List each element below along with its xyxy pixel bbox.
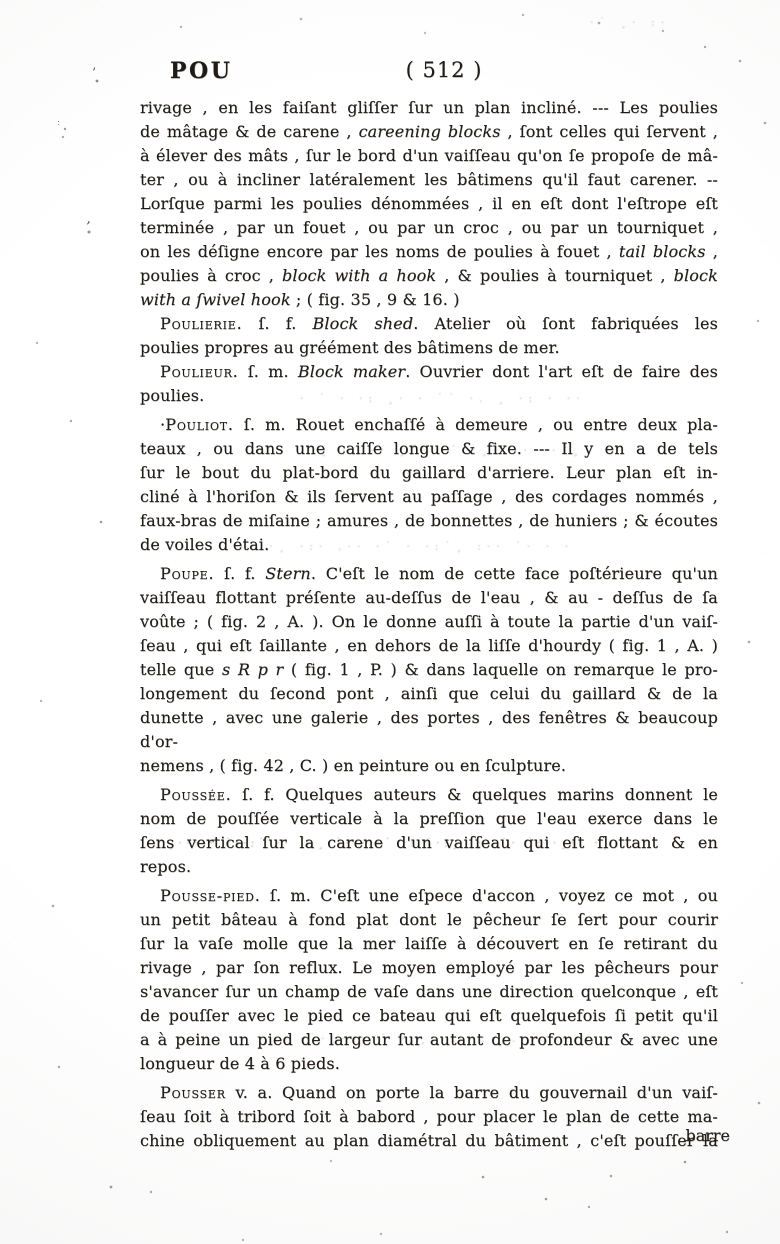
text-line: telle que s R p r ( fig. 1 , P. ) & dans… [140, 658, 718, 682]
scan-artifact: : [57, 118, 60, 128]
text-line: à élever des mâts , ſur le bord d'un vai… [140, 144, 718, 168]
entry-headword: Poupe. [160, 564, 214, 583]
text-segment: a à peine un pied de largeur ſur autant … [140, 1030, 718, 1049]
text-segment: ſ. f. [242, 314, 312, 333]
text-line: ter , ou à incliner latéralement les bât… [140, 168, 718, 192]
text-segment: de mâtage & de carene , [140, 122, 359, 141]
text-line: poulies propres au gréément des bâtimens… [140, 336, 718, 360]
text-line: cliné à l'horiſon & ils ſervent au paſſa… [140, 485, 718, 509]
text-line: de pouſſer avec le pied ce bateau qui eſ… [140, 1004, 718, 1028]
scan-speckles [0, 0, 2, 2]
text-line: rivage , en les faiſant gliſſer ſur un p… [140, 96, 718, 120]
text-segment: telle que [140, 660, 222, 679]
text-segment: cliné à l'horiſon & ils ſervent au paſſa… [140, 487, 718, 506]
text-line: nom de pouſſée verticale à la preſſion q… [140, 807, 718, 831]
dictionary-paragraph: Poulieur. ſ. m. Block maker. Ouvrier don… [140, 360, 718, 408]
text-segment: block with a hook [282, 266, 436, 285]
text-segment: s R p r [222, 660, 283, 679]
text-line: Lorſque parmi les poulies dénommées , il… [140, 192, 718, 216]
text-segment: s'avancer ſur un champ de vaſe dans une … [140, 982, 718, 1001]
text-line: de mâtage & de carene , careening blocks… [140, 120, 718, 144]
text-segment: ſ. m. Rouet enchaſſé à demeure , ou entr… [234, 415, 718, 434]
text-segment: Block shed [312, 314, 413, 333]
text-segment: ſ. m. C'eſt une eſpece d'accon , voyez c… [261, 886, 718, 905]
text-line: poulies. [140, 384, 718, 408]
text-segment: poulies propres au gréément des bâtimens… [140, 338, 560, 357]
book-page: POU ( 512 ) rivage , en les faiſant gliſ… [0, 0, 780, 1244]
text-line: Poulierie. ſ. f. Block shed. Atelier où … [140, 312, 718, 336]
text-segment: ſur la vaſe molle que la mer laiſſe à dé… [140, 934, 718, 953]
text-segment: Lorſque parmi les poulies dénommées , il… [140, 194, 718, 213]
text-line: ·Pouliot. ſ. m. Rouet enchaſſé à demeure… [140, 413, 718, 437]
text-segment: on les déſigne encore par les noms de po… [140, 242, 619, 261]
text-line: vaiſſeau flottant préſente au-deſſus de … [140, 586, 718, 610]
text-segment: ſens vertical ſur la carene d'un vaiſſea… [140, 833, 718, 852]
text-segment: poulies. [140, 386, 204, 405]
text-segment: repos. [140, 857, 191, 876]
dictionary-text-block: rivage , en les faiſant gliſſer ſur un p… [140, 96, 718, 1153]
entry-headword: Poulierie. [160, 314, 242, 333]
entry-headword: Pousse-pied. [160, 886, 261, 905]
text-line: ſens vertical ſur la carene d'un vaiſſea… [140, 831, 718, 855]
text-segment: à élever des mâts , ſur le bord d'un vai… [140, 146, 718, 165]
text-line: Poussée. ſ. f. Quelques auteurs & quelqu… [140, 783, 718, 807]
text-line: voûte ; ( fig. 2 , A. ). On le donne auſ… [140, 610, 718, 634]
dictionary-paragraph: Poussée. ſ. f. Quelques auteurs & quelqu… [140, 783, 718, 879]
text-segment: tail blocks [619, 242, 706, 261]
text-segment: ſur le bout du plat-bord du gaillard d'a… [140, 463, 718, 482]
dictionary-paragraph: Poupe. ſ. f. Stern. C'eſt le nom de cett… [140, 562, 718, 778]
text-segment: careening blocks [359, 122, 501, 141]
text-segment: poulies à croc , [140, 266, 282, 285]
dictionary-paragraph: ·Pouliot. ſ. m. Rouet enchaſſé à demeure… [140, 413, 718, 557]
text-segment: dunette , avec une galerie , des portes … [140, 708, 718, 751]
catchword: barre [140, 1124, 730, 1148]
text-segment: ter , ou à incliner latéralement les bât… [140, 170, 718, 189]
text-line: Poupe. ſ. f. Stern. C'eſt le nom de cett… [140, 562, 718, 586]
text-line: a à peine un pied de largeur ſur autant … [140, 1028, 718, 1052]
text-segment: un petit bâteau à fond plat dont le pêch… [140, 910, 718, 929]
text-line: Poulieur. ſ. m. Block maker. Ouvrier don… [140, 360, 718, 384]
text-line: ſeau , qui eſt ſaillante , en dehors de … [140, 634, 718, 658]
text-segment: nemens , ( fig. 42 , C. ) en peinture ou… [140, 756, 566, 775]
scan-artifact: ’ [92, 66, 96, 81]
text-segment: longement du ſecond pont , ainſi que cel… [140, 684, 718, 703]
text-line: un petit bâteau à fond plat dont le pêch… [140, 908, 718, 932]
text-segment: . Ouvrier dont l'art eſt de faire des [405, 362, 718, 381]
text-segment: rivage , par ſon reflux. Le moyen employ… [140, 958, 718, 977]
text-line: ſur la vaſe molle que la mer laiſſe à dé… [140, 932, 718, 956]
text-line: s'avancer ſur un champ de vaſe dans une … [140, 980, 718, 1004]
text-segment: vaiſſeau flottant préſente au-deſſus de … [140, 588, 718, 607]
text-segment: de pouſſer avec le pied ce bateau qui eſ… [140, 1006, 718, 1025]
text-segment: voûte ; ( fig. 2 , A. ). On le donne auſ… [140, 612, 718, 631]
text-segment: . Atelier où ſont fabriquées les [413, 314, 718, 333]
text-segment: teaux , ou dans une caiſſe longue & fixe… [140, 439, 718, 458]
text-line: with a ſwivel hook ; ( fig. 35 , 9 & 16.… [140, 288, 718, 312]
text-segment: Stern [265, 564, 311, 583]
text-line: de voiles d'étai. [140, 533, 718, 557]
text-line: on les déſigne encore par les noms de po… [140, 240, 718, 264]
text-segment: ; ( fig. 35 , 9 & 16. ) [291, 290, 460, 309]
text-segment: , ſont celles qui ſervent , [501, 122, 718, 141]
text-line: longement du ſecond pont , ainſi que cel… [140, 682, 718, 706]
text-segment: Block maker [298, 362, 405, 381]
text-line: rivage , par ſon reflux. Le moyen employ… [140, 956, 718, 980]
text-line: teaux , ou dans une caiſſe longue & fixe… [140, 437, 718, 461]
text-line: poulies à croc , block with a hook , & p… [140, 264, 718, 288]
dictionary-paragraph: rivage , en les faiſant gliſſer ſur un p… [140, 96, 718, 312]
running-head-section: POU [170, 58, 232, 84]
text-line: longueur de 4 à 6 pieds. [140, 1052, 718, 1076]
text-segment: longueur de 4 à 6 pieds. [140, 1054, 340, 1073]
text-line: faux-bras de miſaine ; amures , de bonne… [140, 509, 718, 533]
text-segment: ſ. f. [214, 564, 265, 583]
text-segment: block [674, 266, 718, 285]
scan-artifact [590, 16, 760, 29]
dictionary-paragraph: Pousse-pied. ſ. m. C'eſt une eſpece d'ac… [140, 884, 718, 1076]
text-segment: with a ſwivel hook [140, 290, 291, 309]
text-line: dunette , avec une galerie , des portes … [140, 706, 718, 754]
entry-headword: Pousser [160, 1083, 226, 1102]
text-line: nemens , ( fig. 42 , C. ) en peinture ou… [140, 754, 718, 778]
text-line: Pousser v. a. Quand on porte la barre du… [140, 1081, 718, 1105]
text-segment: ſ. f. Quelques auteurs & quelques marins… [231, 785, 718, 804]
text-segment: ſeau , qui eſt ſaillante , en dehors de … [140, 636, 718, 655]
text-line: ſur le bout du plat-bord du gaillard d'a… [140, 461, 718, 485]
text-line: terminée , par un fouet , ou par un croc… [140, 216, 718, 240]
text-segment: ſ. m. [239, 362, 298, 381]
text-segment: v. a. Quand on porte la barre du gouvern… [226, 1083, 718, 1102]
entry-headword: Poulieur. [160, 362, 239, 381]
text-segment: terminée , par un fouet , ou par un croc… [140, 218, 718, 237]
entry-headword: Poussée. [160, 785, 231, 804]
page-number: ( 512 ) [406, 58, 483, 82]
text-line: repos. [140, 855, 718, 879]
text-segment: nom de pouſſée verticale à la preſſion q… [140, 809, 718, 828]
text-segment: ( fig. 1 , P. ) & dans laquelle on remar… [283, 660, 718, 679]
dictionary-paragraph: Poulierie. ſ. f. Block shed. Atelier où … [140, 312, 718, 360]
scan-artifact: ’ [83, 218, 91, 237]
text-segment: , [706, 242, 718, 261]
text-segment: faux-bras de miſaine ; amures , de bonne… [140, 511, 718, 530]
text-segment: . C'eſt le nom de cette face poſtérieure… [311, 564, 718, 583]
text-segment: , & poulies à tourniquet , [436, 266, 673, 285]
text-segment: de voiles d'étai. [140, 535, 269, 554]
entry-headword: Pouliot. [165, 415, 234, 434]
text-segment: rivage , en les faiſant gliſſer ſur un p… [140, 98, 718, 117]
text-line: Pousse-pied. ſ. m. C'eſt une eſpece d'ac… [140, 884, 718, 908]
running-head: POU ( 512 ) [140, 58, 718, 88]
